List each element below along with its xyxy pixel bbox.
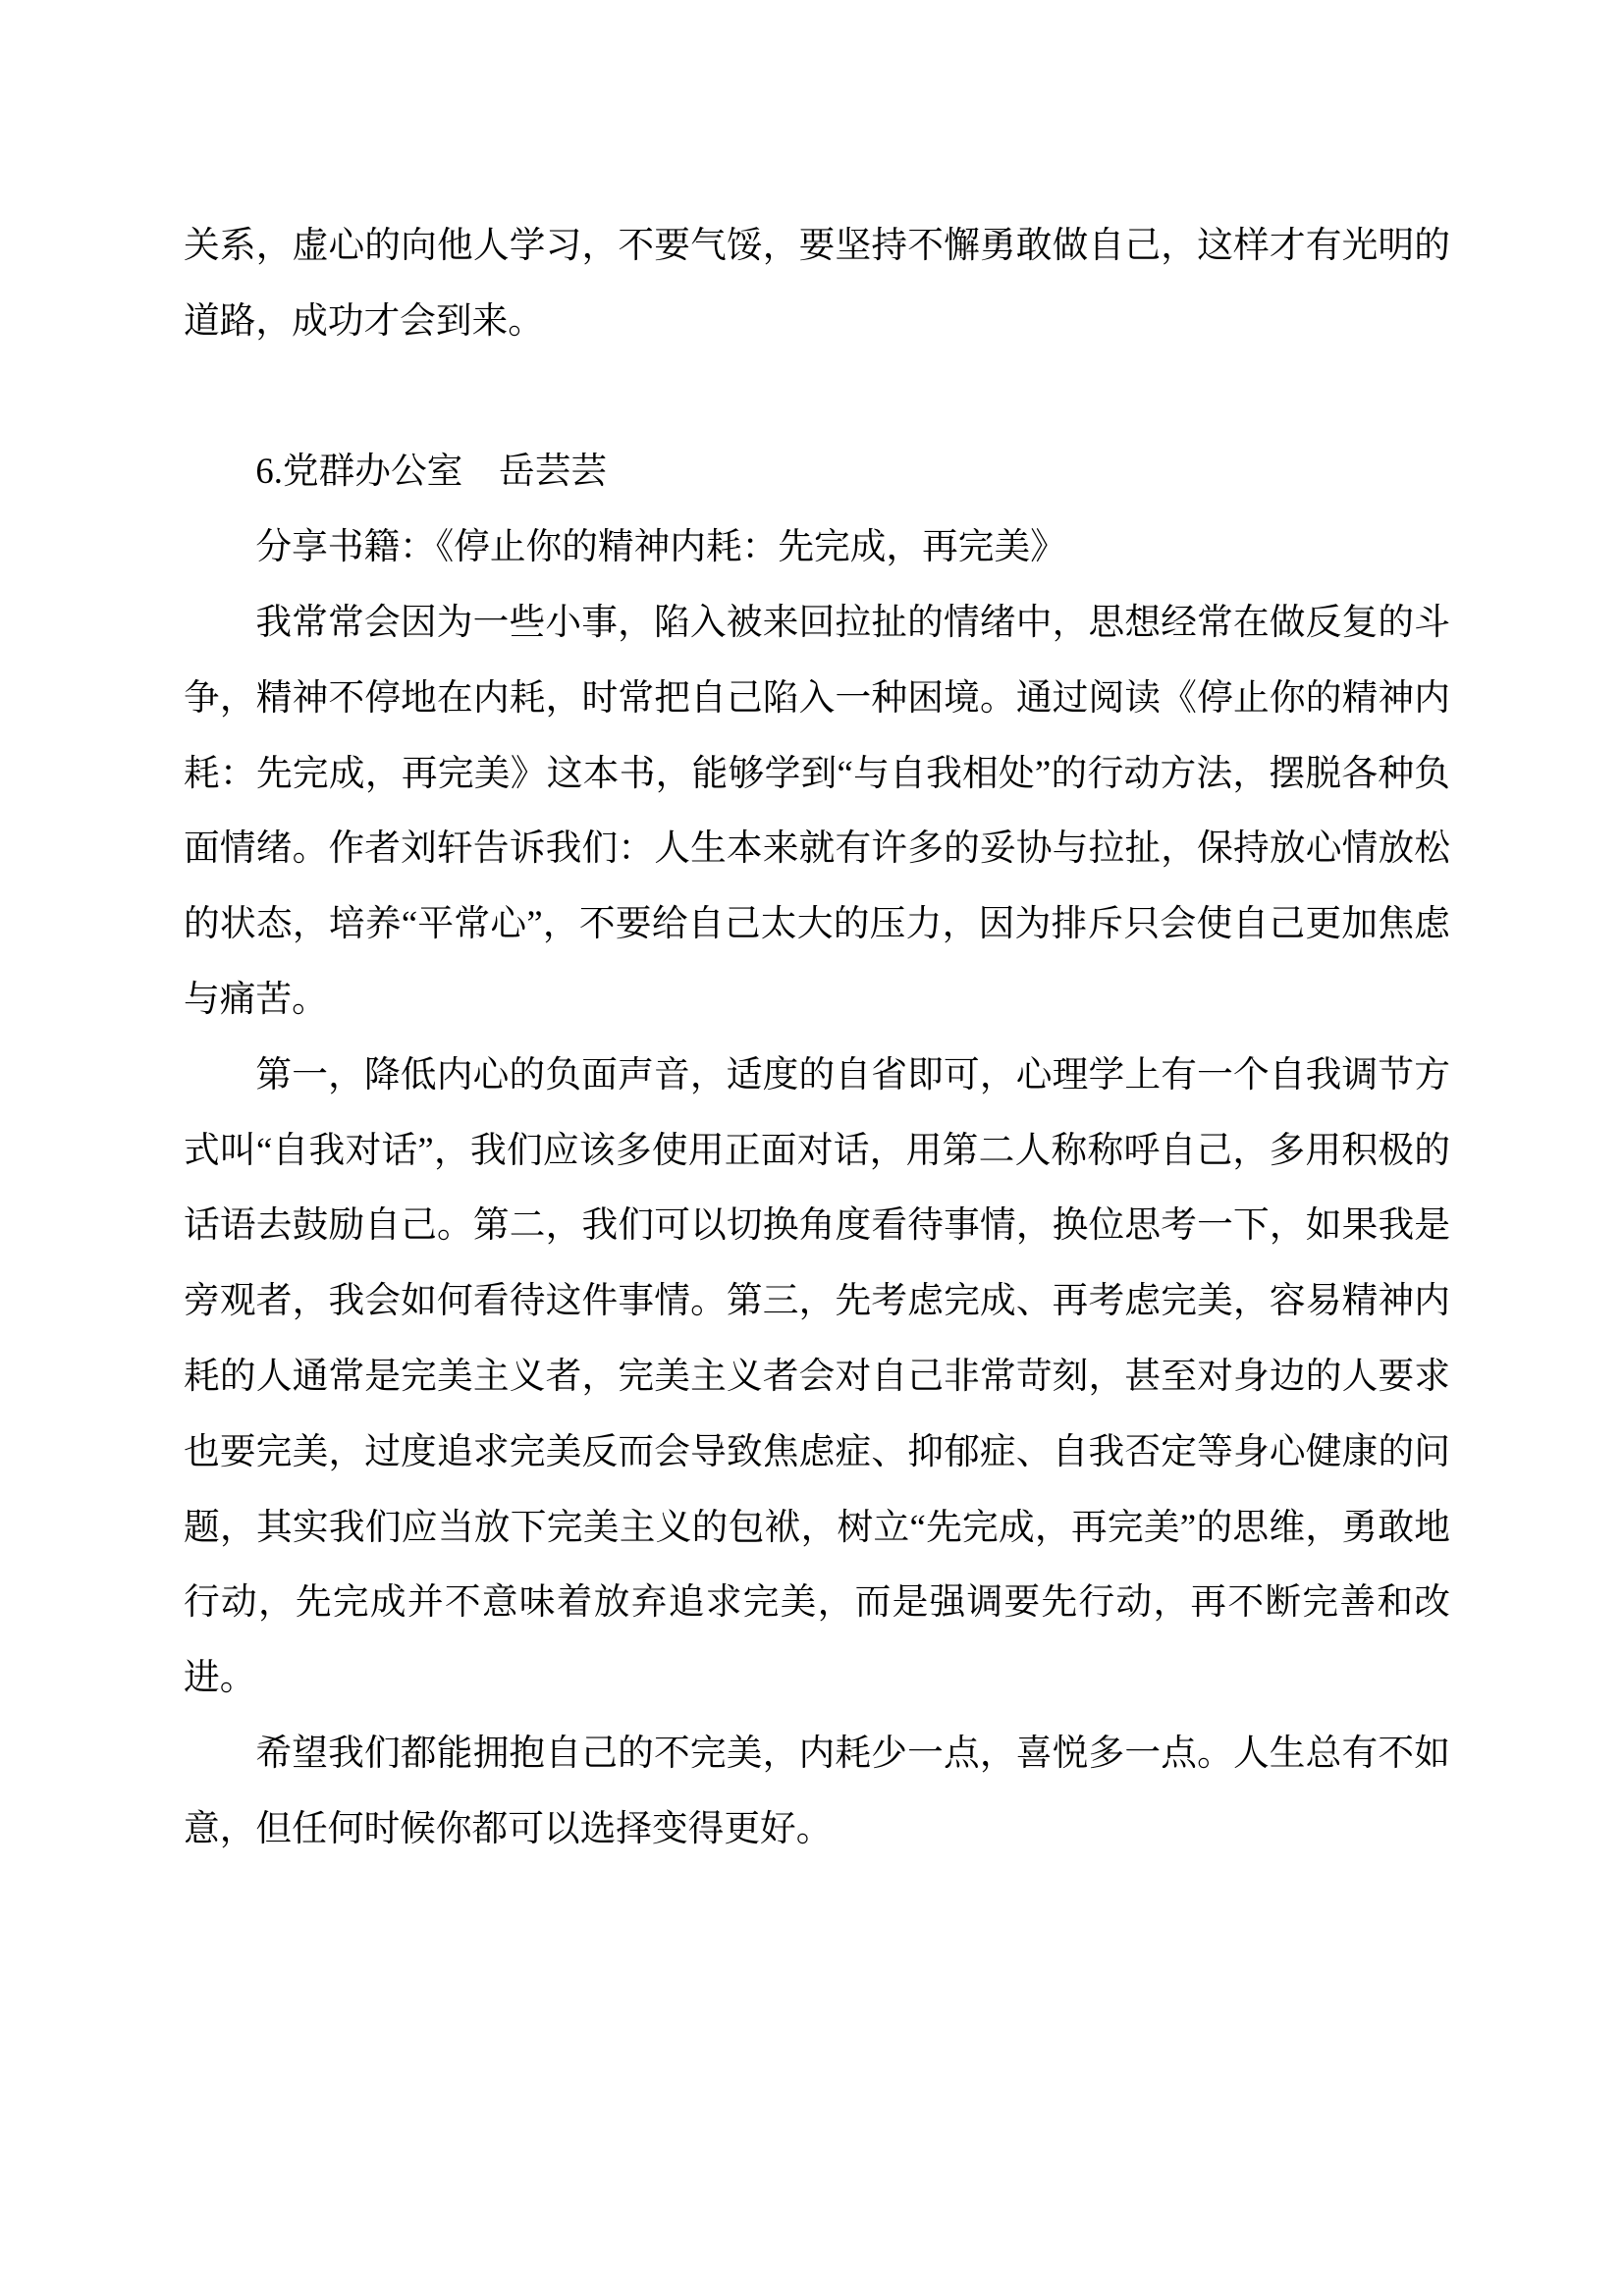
paragraph-closing-wish: 希望我们都能拥抱自己的不完美，内耗少一点，喜悦多一点。人生总有不如意，但任何时候… (184, 1716, 1450, 1867)
paragraph-introduction: 我常常会因为一些小事，陷入被来回拉扯的情绪中，思想经常在做反复的斗争，精神不停地… (184, 585, 1450, 1038)
text-column: 关系，虚心的向他人学习，不要气馁，要坚持不懈勇敢做自己，这样才有光明的道路，成功… (184, 208, 1450, 1867)
paragraph-methods: 第一，降低内心的负面声音，适度的自省即可，心理学上有一个自我调节方式叫“自我对话… (184, 1038, 1450, 1716)
book-title-line: 分享书籍：《停止你的精神内耗：先完成，再完美》 (184, 509, 1450, 585)
document-page: 关系，虚心的向他人学习，不要气馁，要坚持不懈勇敢做自己，这样才有光明的道路，成功… (0, 0, 1624, 2296)
paragraph-continued-closing: 关系，虚心的向他人学习，不要气馁，要坚持不懈勇敢做自己，这样才有光明的道路，成功… (184, 208, 1450, 359)
entry-heading: 6.党群办公室 岳芸芸 (184, 434, 1450, 509)
